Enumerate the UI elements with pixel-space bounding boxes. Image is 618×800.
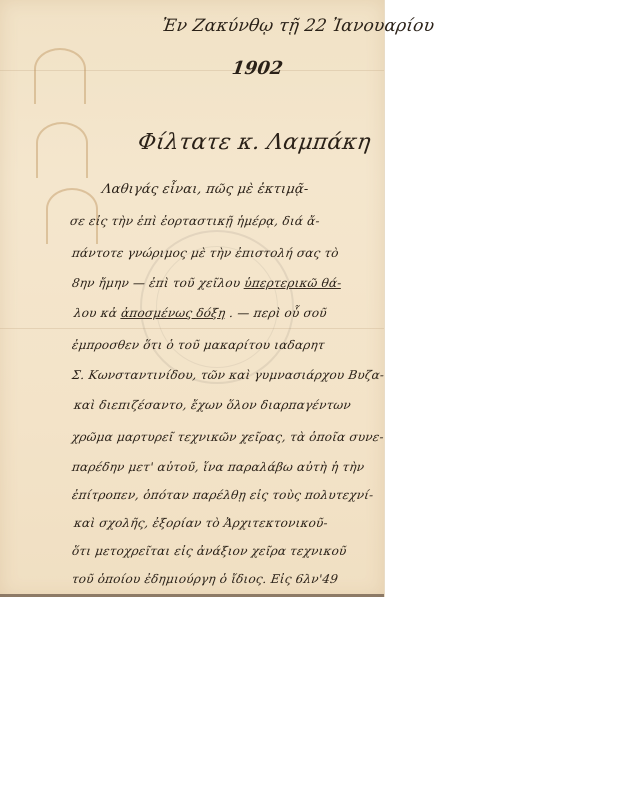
stain-mark: [34, 48, 86, 90]
body-line: λου κἀ ἀποσμένως δόξη . — περὶ οὗ σοῦ: [73, 306, 328, 320]
body-text: λου κἀ: [73, 306, 118, 320]
body-line: χρῶμα μαρτυρεῖ τεχνικῶν χεῖρας, τὰ ὁποῖα…: [71, 430, 385, 444]
underlined-phrase: ὑπερτερικῶ θά-: [243, 276, 342, 290]
body-line: 8ην ἤμην — ἐπὶ τοῦ χεῖλου ὑπερτερικῶ θά-: [71, 276, 343, 290]
body-line: παρέδην μετ' αὐτοῦ, ἵνα παραλάβω αὐτὴ ἡ …: [71, 460, 365, 474]
stain-mark: [36, 122, 88, 164]
body-line: καὶ σχολῆς, ἐξορίαν τὸ Ἀρχιτεκτονικοῦ-: [73, 516, 329, 530]
body-line: Σ. Κωνσταντινίδου, τῶν καὶ γυμνασιάρχου …: [71, 368, 385, 382]
letter-page: Ἐν Ζακύνθῳ τῇ 22 Ἰανουαρίου 1902 Φίλτατε…: [0, 0, 385, 597]
place-date: Ἐν Ζακύνθῳ τῇ 22 Ἰανουαρίου: [161, 16, 436, 36]
body-line: ἐμπροσθεν ὅτι ὁ τοῦ μακαρίτου ιαδαρητ: [71, 338, 326, 352]
body-line: ἐπίτροπεν, ὁπόταν παρέλθῃ εἰς τοὺς πολυτ…: [71, 488, 374, 502]
underlined-phrase: ἀποσμένως δόξη: [120, 306, 226, 320]
salutation: Φίλτατε κ. Λαμπάκη: [136, 130, 372, 155]
body-line: ὅτι μετοχρεῖται εἰς ἀνάξιον χεῖρα τεχνικ…: [71, 544, 348, 558]
body-text: 8ην ἤμην — ἐπὶ τοῦ χεῖλου: [71, 276, 241, 290]
year: 1902: [231, 58, 285, 79]
body-line: τοῦ ὁποίου ἐδημιούργη ὁ ἴδιος. Εἰς 6λν'4…: [71, 572, 339, 586]
body-line: πάντοτε γνώριμος μὲ τὴν ἐπιστολή σας τὸ: [71, 246, 340, 260]
body-line: Λαθιγάς εἶναι, πῶς μὲ ἐκτιμᾷ-: [101, 182, 310, 197]
body-line: καὶ διεπιζέσαντο, ἔχων ὅλον διαρπαγέντων: [73, 398, 352, 412]
body-line: σε εἰς τὴν ἐπὶ ἐορταστικῇ ἡμέρᾳ, διά ἄ-: [69, 214, 321, 228]
body-text: . — περὶ οὗ σοῦ: [228, 306, 327, 320]
